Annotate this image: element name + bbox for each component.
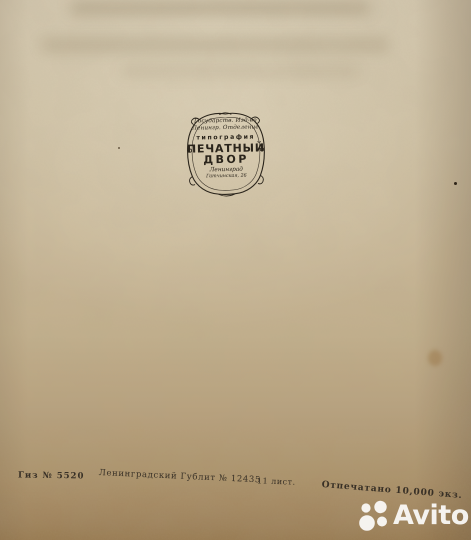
- avito-watermark: Avito: [357, 499, 469, 533]
- imprint-giz-number: Гиз № 5520: [18, 471, 85, 482]
- paper-grain-texture: [0, 0, 471, 540]
- printer-stamp: Государств. Изд-во Ленингр. Отделение ти…: [183, 109, 269, 198]
- paper-mottle-texture: [0, 0, 471, 540]
- book-colophon-photo: Государств. Изд-во Ленингр. Отделение ти…: [0, 0, 471, 540]
- imprint-print-run: Отпечатано 10,000 экз.: [321, 480, 463, 501]
- showthrough-smudge: [70, 2, 370, 14]
- showthrough-smudge: [120, 66, 360, 76]
- stamp-name-line2: ДВОР: [184, 153, 268, 165]
- avito-logo-icon: [357, 499, 391, 533]
- ink-speck: [454, 182, 457, 185]
- ink-speck: [118, 147, 120, 149]
- imprint-gublit-number: Ленинградский Гублит № 12435: [99, 468, 262, 485]
- paper-stain: [428, 350, 442, 366]
- imprint-sheet-count: 11 лист.: [257, 476, 296, 486]
- avito-watermark-text: Avito: [393, 499, 469, 533]
- showthrough-smudge: [40, 38, 390, 52]
